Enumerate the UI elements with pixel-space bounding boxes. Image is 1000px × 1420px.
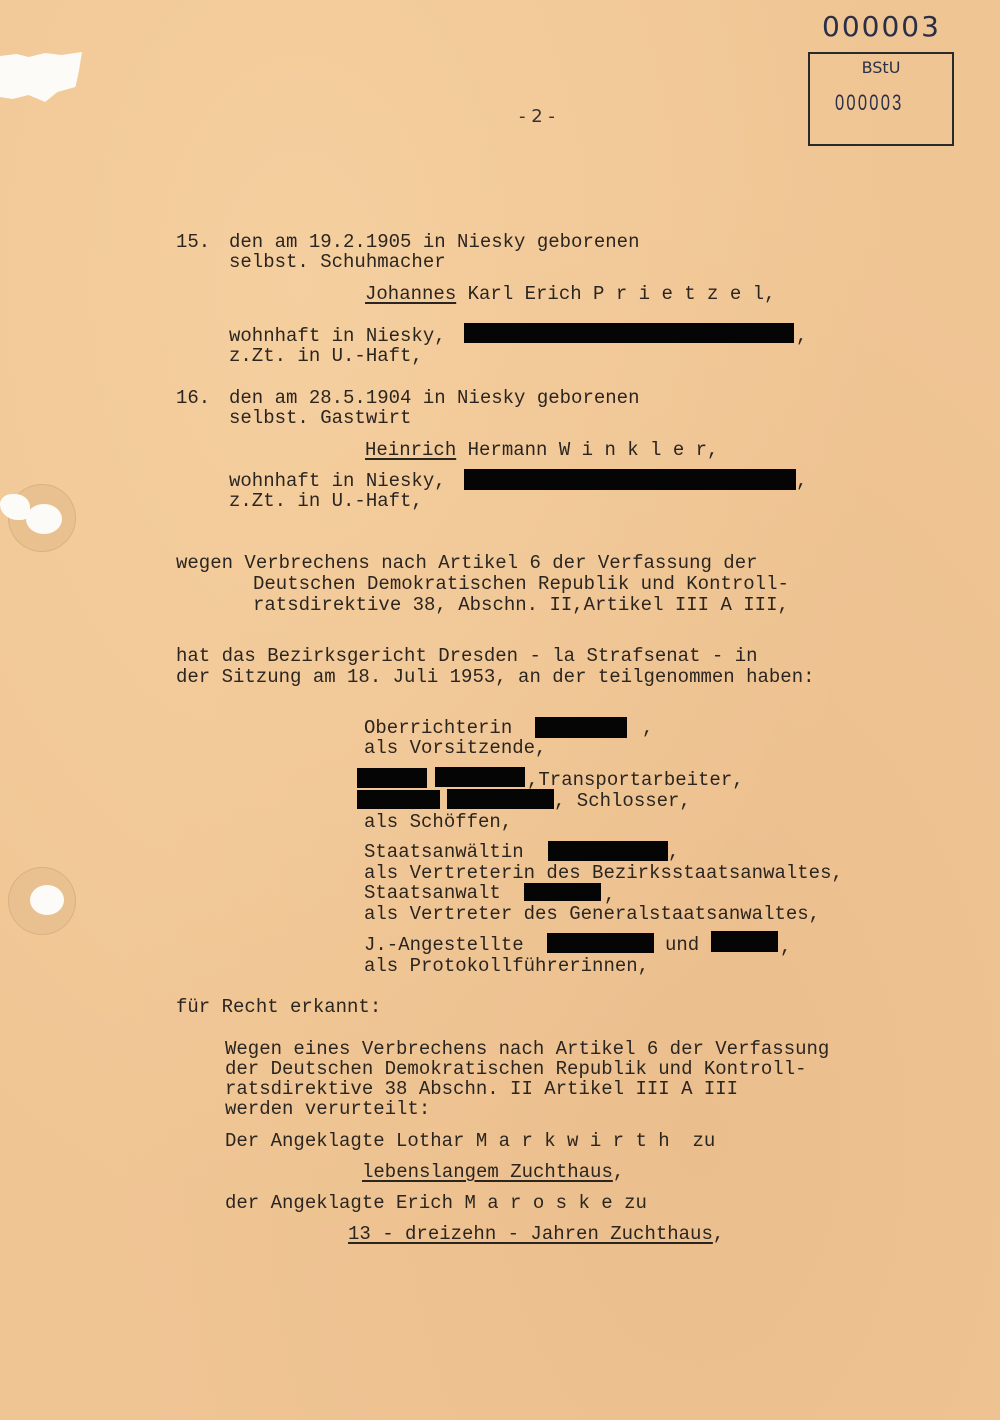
stamp-number: 000003 [835, 90, 904, 116]
defendant-16-residence: wohnhaft in Niesky, [229, 471, 446, 491]
verdict-line-2: der Deutschen Demokratischen Republik un… [225, 1059, 807, 1079]
court-line-2: der Sitzung am 18. Juli 1953, an der tei… [176, 667, 815, 687]
defendant-16-name: Heinrich Hermann W i n k l e r, [365, 440, 718, 460]
verdict-line-1: Wegen eines Verbrechens nach Artikel 6 d… [225, 1039, 829, 1059]
redaction-clerk-2 [711, 931, 778, 952]
judge-title: Oberrichterin [364, 718, 512, 738]
defendant-16-birth: den am 28.5.1904 in Niesky geborenen [229, 388, 639, 408]
defendant-16-number: 16. [176, 388, 210, 408]
redaction-prosecutor-2 [524, 883, 601, 901]
prosecutor-1-title: Staatsanwältin [364, 842, 524, 862]
punch-hole-lower [8, 867, 76, 935]
defendant-16-first-name: Heinrich [365, 439, 456, 461]
defendant-15-residence: wohnhaft in Niesky, [229, 326, 446, 346]
charge-line-3: ratsdirektive 38, Abschn. II,Artikel III… [253, 595, 789, 615]
sentence-2: 13 - dreizehn - Jahren Zuchthaus, [348, 1224, 724, 1244]
redaction-address-16 [464, 469, 796, 490]
lay-judge-2-occupation: , Schlosser, [554, 791, 691, 811]
lay-judge-1-occupation: ,Transportarbeiter, [527, 770, 744, 790]
verdict-heading: für Recht erkannt: [176, 997, 381, 1017]
redaction-lay-judge-2a [357, 790, 440, 809]
lay-judges-role: als Schöffen, [364, 812, 512, 832]
sentence-defendant-1: Der Angeklagte Lothar M a r k w i r t h … [225, 1131, 715, 1151]
defendant-15-name: Johannes Karl Erich P r i e t z e l, [365, 284, 775, 304]
defendant-15-first-name: Johannes [365, 283, 456, 305]
sentence-1: lebenslangem Zuchthaus, [362, 1162, 624, 1182]
prosecutor-2-role: als Vertreter des Generalstaatsanwaltes, [364, 904, 820, 924]
redaction-lay-judge-1a [357, 768, 427, 788]
bstu-stamp: BStU 000003 [808, 52, 954, 146]
court-line-1: hat das Bezirksgericht Dresden - la Stra… [176, 646, 758, 666]
sentence-defendant-2: der Angeklagte Erich M a r o s k e zu [225, 1193, 647, 1213]
judge-role: als Vorsitzende, [364, 738, 546, 758]
verdict-line-4: werden verurteilt: [225, 1099, 430, 1119]
redaction-prosecutor-1 [548, 841, 668, 861]
prosecutor-1-role: als Vertreterin des Bezirksstaatsanwalte… [364, 863, 843, 883]
defendant-15-occupation: selbst. Schuhmacher [229, 252, 446, 272]
verdict-line-3: ratsdirektive 38 Abschn. II Artikel III … [225, 1079, 738, 1099]
page-number: - 2 - [519, 106, 555, 127]
punch-hole-upper [8, 484, 76, 552]
charge-line-1: wegen Verbrechens nach Artikel 6 der Ver… [176, 553, 758, 573]
redaction-lay-judge-2b [447, 789, 554, 809]
redaction-judge [535, 717, 627, 738]
defendant-15-birth: den am 19.2.1905 in Niesky geborenen [229, 232, 639, 252]
archive-number: 000003 [822, 10, 941, 43]
redaction-lay-judge-1b [435, 767, 525, 787]
defendant-15-custody: z.Zt. in U.-Haft, [229, 346, 423, 366]
clerks-role: als Protokollführerinnen, [364, 956, 649, 976]
redaction-clerk-1 [547, 933, 654, 953]
defendant-16-custody: z.Zt. in U.-Haft, [229, 491, 423, 511]
defendant-16-occupation: selbst. Gastwirt [229, 408, 411, 428]
defendant-15-number: 15. [176, 232, 210, 252]
prosecutor-2-title: Staatsanwalt [364, 883, 501, 903]
redaction-address-15 [464, 323, 794, 343]
stamp-label: BStU [810, 58, 952, 77]
charge-line-2: Deutschen Demokratischen Republik und Ko… [253, 574, 789, 594]
clerks-title: J.-Angestellte [364, 935, 524, 955]
